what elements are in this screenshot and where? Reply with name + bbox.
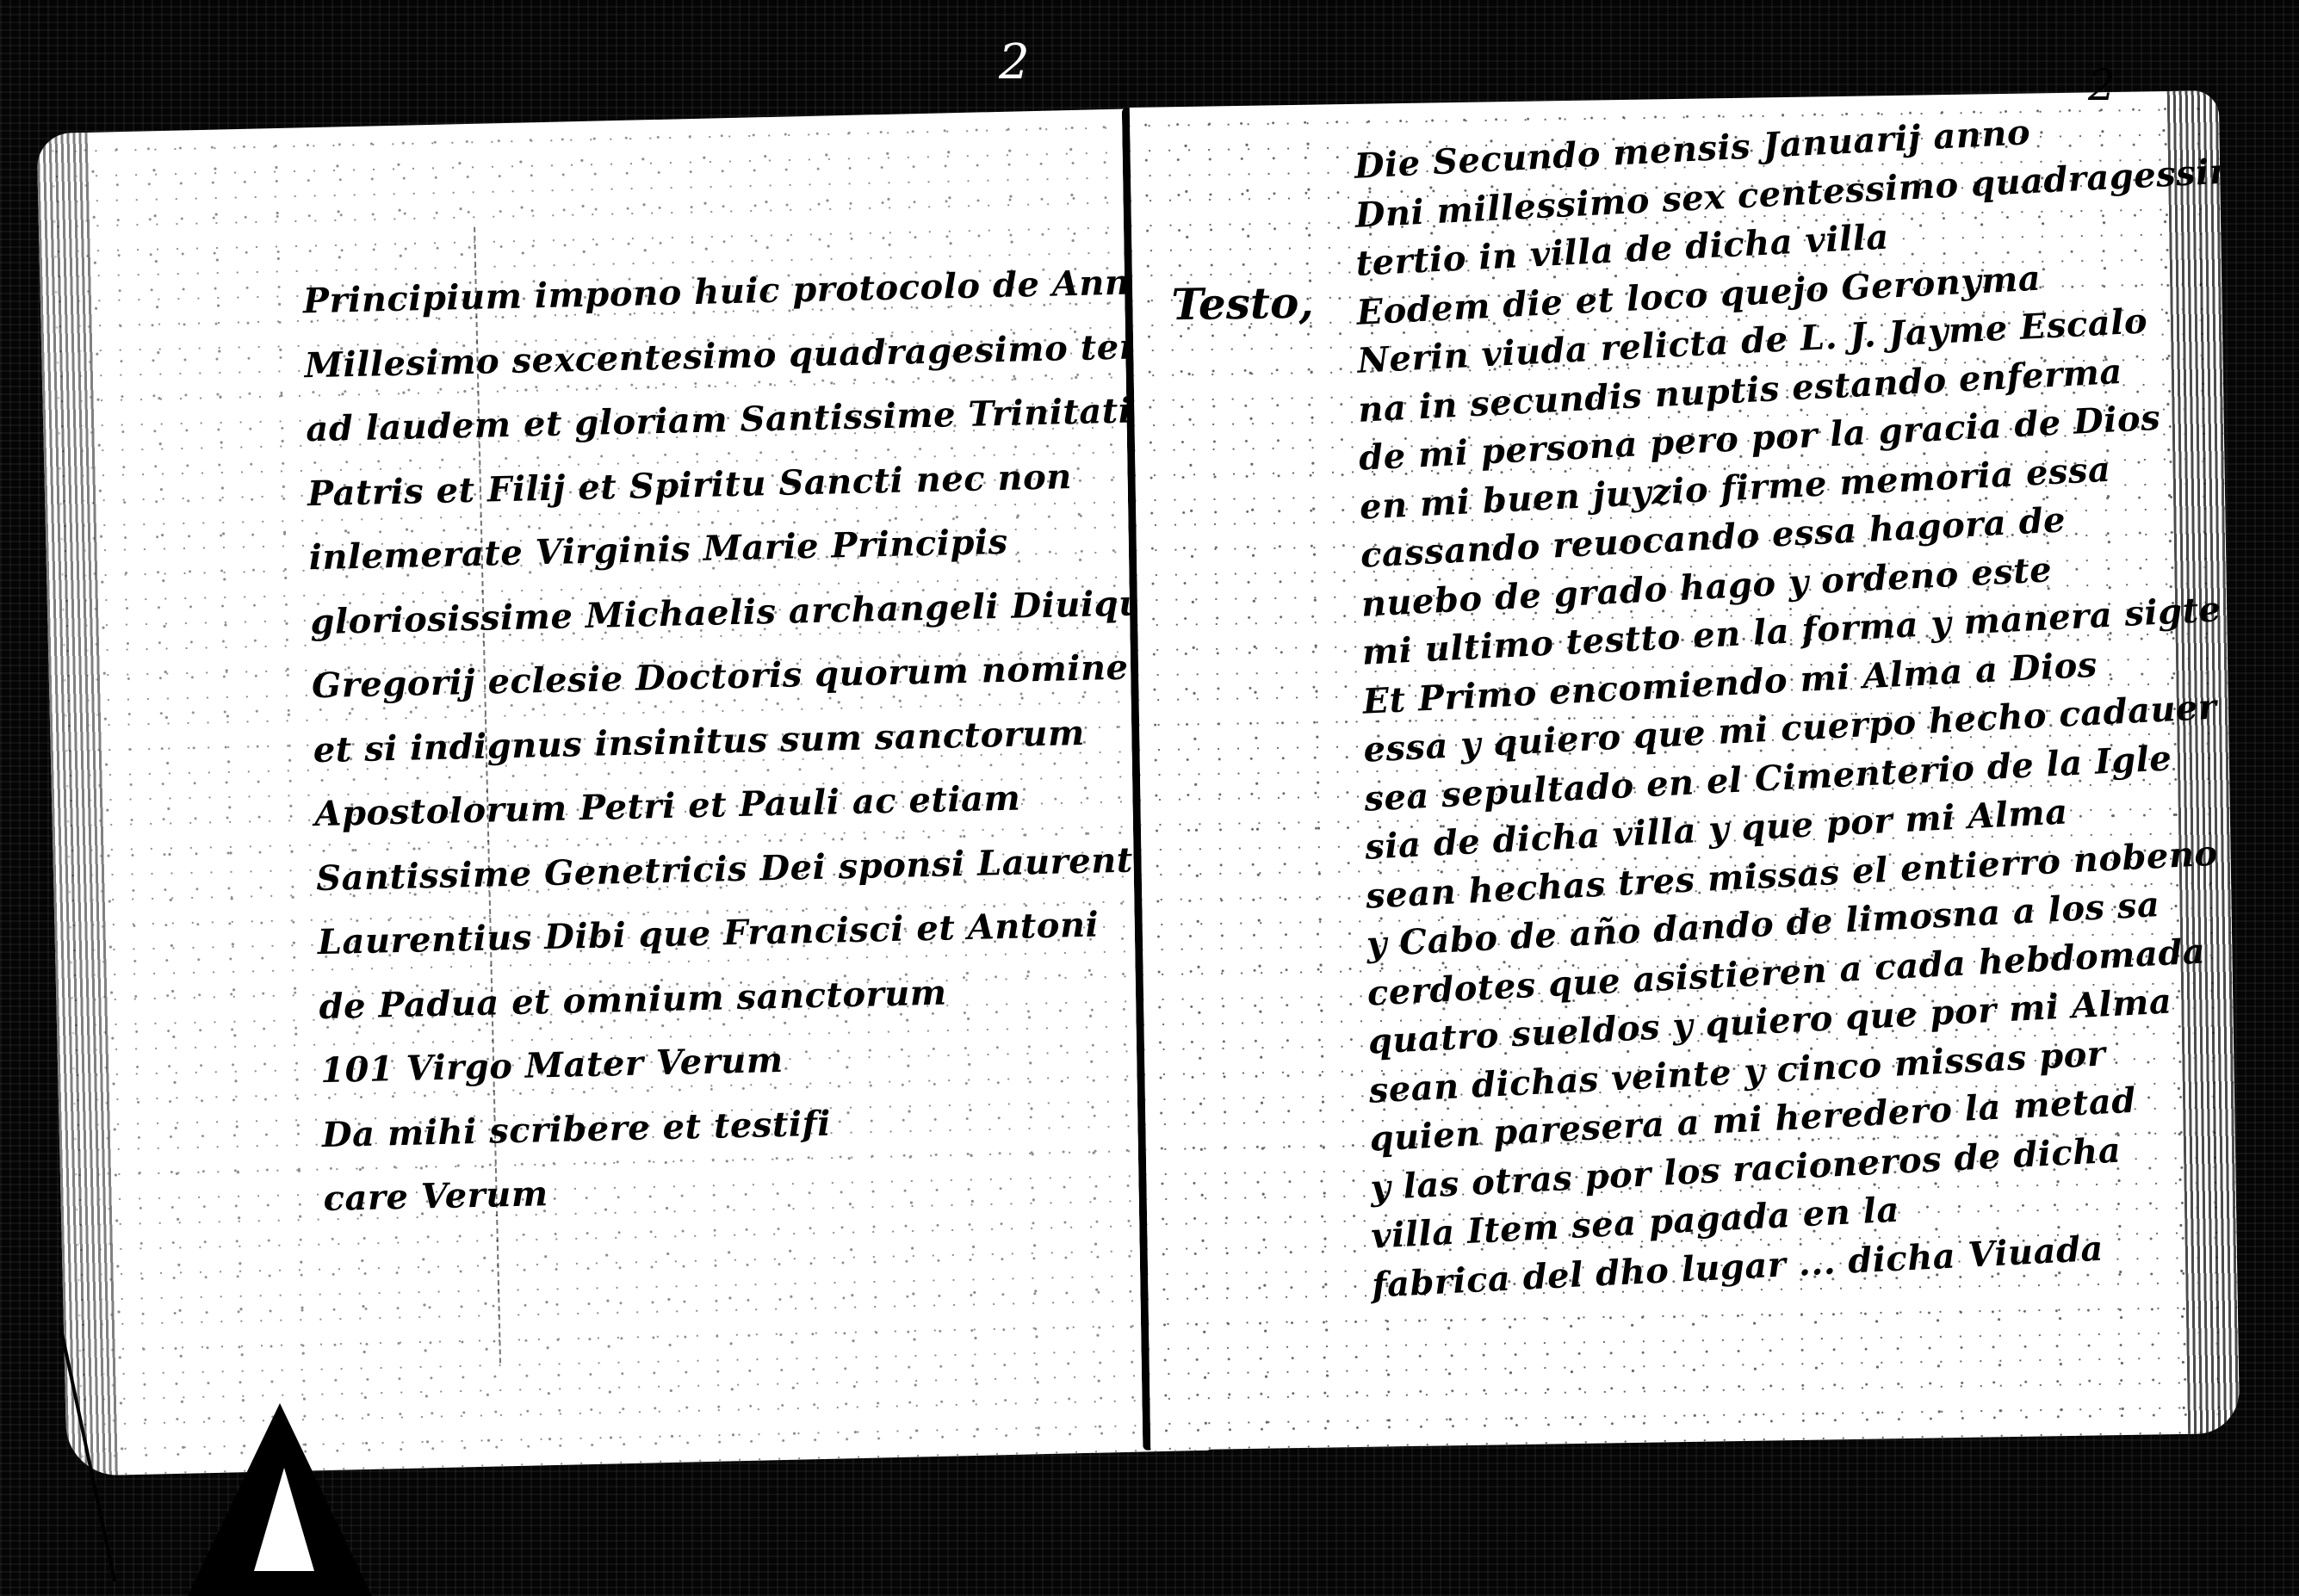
right-page: Testo, Die Secundo mensis Januarij anno … [1122,90,2240,1451]
left-page-text: Principium impono huic protocolo de Anno… [302,251,1185,1232]
margin-note: Testo, [1171,277,1314,331]
right-page-text: Die Secundo mensis Januarij anno Dni mil… [1354,129,2225,1309]
right-folio-number: 2 [2088,60,2116,110]
left-folio-number: 2 [999,34,1030,90]
bookmark-ribbon-fold [254,1468,314,1571]
left-page: Principium impono huic protocolo de Anno… [36,108,1211,1476]
